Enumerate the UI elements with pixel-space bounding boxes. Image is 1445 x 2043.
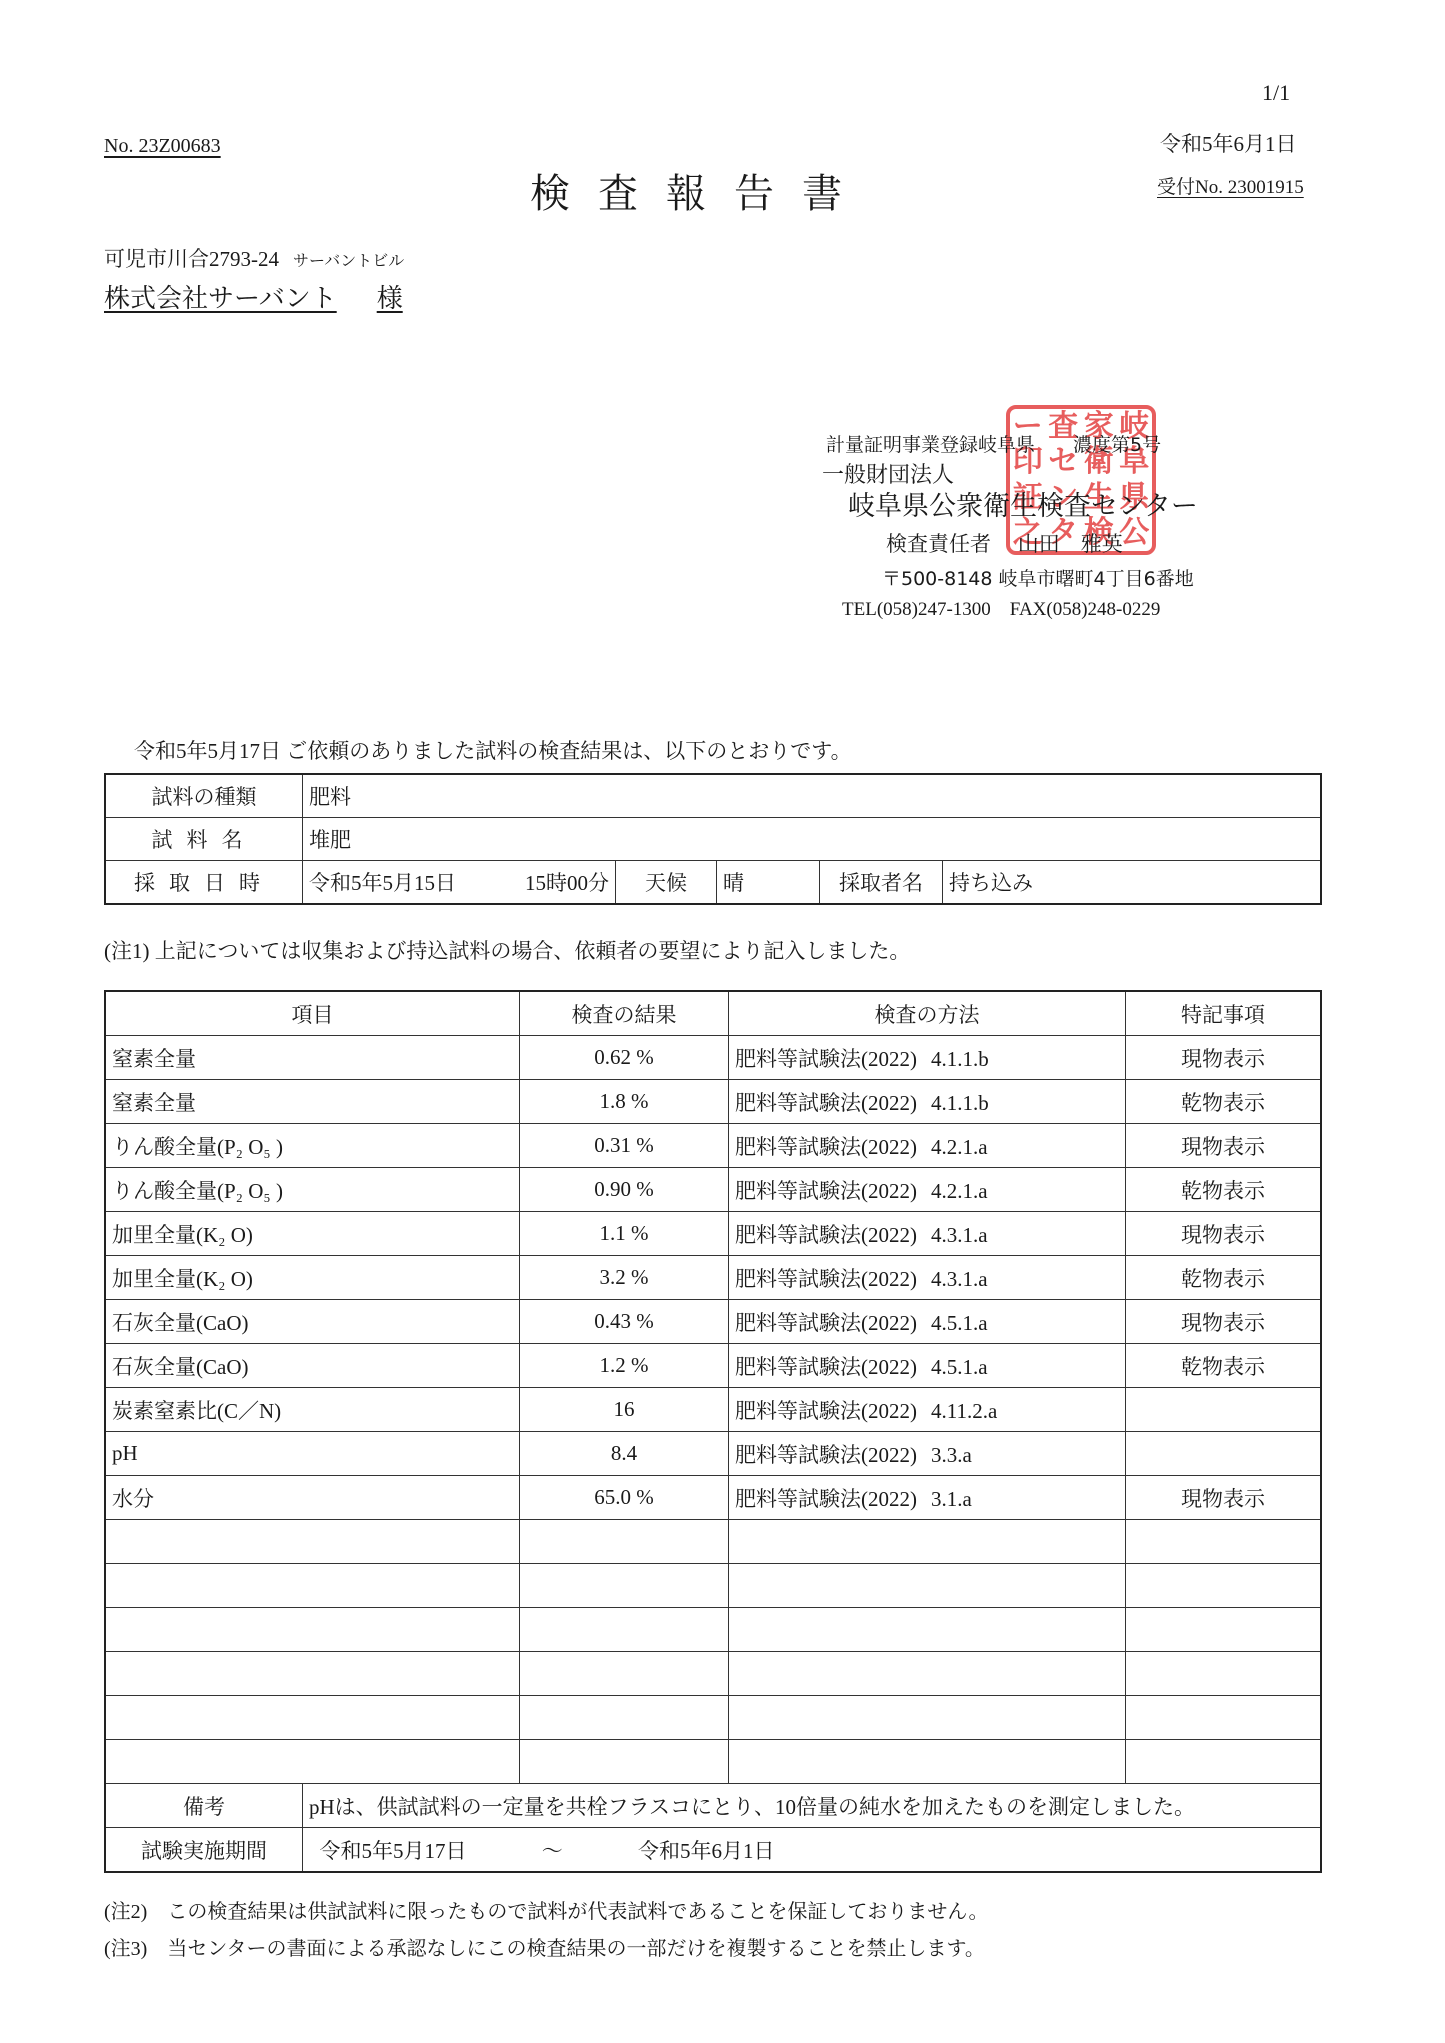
method-cell: 肥料等試験法(2022)4.2.1.a — [729, 1168, 1126, 1212]
method-cell: 肥料等試験法(2022)4.1.1.b — [729, 1080, 1126, 1124]
header-note: 特記事項 — [1126, 991, 1322, 1036]
result-cell — [520, 1564, 729, 1608]
header-method: 検査の方法 — [729, 991, 1126, 1036]
method-cell: 肥料等試験法(2022)4.5.1.a — [729, 1300, 1126, 1344]
method-code: 4.2.1.a — [931, 1179, 988, 1203]
table-row: 石灰全量(CaO)0.43 %肥料等試験法(2022)4.5.1.a現物表示 — [105, 1300, 1321, 1344]
method-cell — [729, 1520, 1126, 1564]
result-cell: 0.90 % — [520, 1168, 729, 1212]
sample-type-label: 試料の種類 — [105, 774, 303, 818]
result-cell — [520, 1608, 729, 1652]
note-cell — [1126, 1652, 1322, 1696]
note-3: (注3) 当センターの書面による承認なしにこの検査結果の一部だけを複製することを… — [104, 1932, 985, 1961]
issue-date: 令和5年6月1日 — [1160, 128, 1297, 158]
table-row — [105, 1740, 1321, 1784]
table-row — [105, 1652, 1321, 1696]
period-value: 令和5年5月17日 ～ 令和5年6月1日 — [303, 1828, 1322, 1873]
result-cell: 0.62 % — [520, 1036, 729, 1080]
results-table: 項目 検査の結果 検査の方法 特記事項 窒素全量0.62 %肥料等試験法(202… — [104, 990, 1322, 1873]
issuer-org-name: 岐阜県公衆衛生検査センター — [848, 484, 1198, 523]
method-code: 4.1.1.b — [931, 1047, 989, 1071]
item-cell — [105, 1520, 520, 1564]
note-cell: 現物表示 — [1126, 1300, 1322, 1344]
table-row: 加里全量(K₂ O)3.2 %肥料等試験法(2022)4.3.1.a乾物表示 — [105, 1256, 1321, 1300]
recipient-honorific: 様 — [377, 284, 403, 313]
recipient-company: 株式会社サーバント様 — [104, 278, 403, 315]
item-cell — [105, 1608, 520, 1652]
receipt-number: 受付No. 23001915 — [1157, 172, 1304, 199]
result-cell: 1.2 % — [520, 1344, 729, 1388]
note-cell: 現物表示 — [1126, 1212, 1322, 1256]
item-cell: りん酸全量(P₂ O₅ ) — [105, 1168, 520, 1212]
issuer-address: 〒500-8148 岐阜市曙町4丁目6番地 — [882, 564, 1194, 591]
issuer-responsible-label: 検査責任者 — [886, 532, 991, 556]
method-name: 肥料等試験法(2022) — [735, 1091, 917, 1115]
remarks-label: 備考 — [105, 1784, 303, 1828]
method-name: 肥料等試験法(2022) — [735, 1443, 917, 1467]
sample-date-row: 採取日時 令和5年5月15日 15時00分 天候 晴 採取者名 持ち込み — [105, 861, 1321, 905]
result-cell: 0.43 % — [520, 1300, 729, 1344]
result-cell: 16 — [520, 1388, 729, 1432]
note-cell — [1126, 1388, 1322, 1432]
recipient-company-name: 株式会社サーバント — [104, 284, 337, 313]
item-cell: 水分 — [105, 1476, 520, 1520]
method-code: 4.1.1.b — [931, 1091, 989, 1115]
method-cell — [729, 1652, 1126, 1696]
method-cell — [729, 1608, 1126, 1652]
note-1: (注1) 上記については収集および持込試料の場合、依頼者の要望により記入しました… — [104, 935, 910, 965]
period-label: 試験実施期間 — [105, 1828, 303, 1873]
table-row: りん酸全量(P₂ O₅ )0.90 %肥料等試験法(2022)4.2.1.a乾物… — [105, 1168, 1321, 1212]
method-cell: 肥料等試験法(2022)4.3.1.a — [729, 1256, 1126, 1300]
sample-name-row: 試料名 堆肥 — [105, 818, 1321, 861]
sample-name-value: 堆肥 — [303, 818, 1322, 861]
result-cell — [520, 1696, 729, 1740]
method-cell — [729, 1740, 1126, 1784]
method-name: 肥料等試験法(2022) — [735, 1135, 917, 1159]
method-cell — [729, 1696, 1126, 1740]
method-name: 肥料等試験法(2022) — [735, 1267, 917, 1291]
result-cell: 65.0 % — [520, 1476, 729, 1520]
item-cell: 石灰全量(CaO) — [105, 1300, 520, 1344]
table-row: 窒素全量0.62 %肥料等試験法(2022)4.1.1.b現物表示 — [105, 1036, 1321, 1080]
item-cell: 炭素窒素比(C／N) — [105, 1388, 520, 1432]
results-header-row: 項目 検査の結果 検査の方法 特記事項 — [105, 991, 1321, 1036]
table-row — [105, 1696, 1321, 1740]
item-cell: 加里全量(K₂ O) — [105, 1212, 520, 1256]
method-code: 3.3.a — [931, 1443, 972, 1467]
period-end: 令和5年6月1日 — [638, 1839, 775, 1863]
result-cell: 0.31 % — [520, 1124, 729, 1168]
note-cell: 現物表示 — [1126, 1476, 1322, 1520]
note-cell — [1126, 1432, 1322, 1476]
note-cell: 乾物表示 — [1126, 1344, 1322, 1388]
sample-info-table: 試料の種類 肥料 試料名 堆肥 採取日時 令和5年5月15日 15時00分 天候… — [104, 773, 1322, 905]
table-row: 炭素窒素比(C／N)16肥料等試験法(2022)4.11.2.a — [105, 1388, 1321, 1432]
result-cell: 8.4 — [520, 1432, 729, 1476]
item-cell — [105, 1564, 520, 1608]
issuer-responsible: 検査責任者 山田 雅英 — [886, 528, 1123, 558]
item-cell: pH — [105, 1432, 520, 1476]
table-row: りん酸全量(P₂ O₅ )0.31 %肥料等試験法(2022)4.2.1.a現物… — [105, 1124, 1321, 1168]
sample-date-value: 令和5年5月15日 15時00分 — [303, 861, 616, 905]
header-result: 検査の結果 — [520, 991, 729, 1036]
method-name: 肥料等試験法(2022) — [735, 1399, 917, 1423]
note-cell — [1126, 1520, 1322, 1564]
result-cell — [520, 1520, 729, 1564]
note-cell: 現物表示 — [1126, 1036, 1322, 1080]
period-separator: ～ — [542, 1839, 563, 1863]
table-row — [105, 1520, 1321, 1564]
weather-value: 晴 — [717, 861, 820, 905]
table-row: pH8.4肥料等試験法(2022)3.3.a — [105, 1432, 1321, 1476]
table-row: 水分65.0 %肥料等試験法(2022)3.1.a現物表示 — [105, 1476, 1321, 1520]
sample-date-label: 採取日時 — [105, 861, 303, 905]
method-cell: 肥料等試験法(2022)4.5.1.a — [729, 1344, 1126, 1388]
result-cell: 3.2 % — [520, 1256, 729, 1300]
recipient-building: サーバントビル — [293, 253, 404, 270]
remarks-row: 備考 pHは、供試試料の一定量を共栓フラスコにとり、10倍量の純水を加えたものを… — [105, 1784, 1321, 1828]
period-start: 令和5年5月17日 — [320, 1839, 467, 1863]
table-row: 窒素全量1.8 %肥料等試験法(2022)4.1.1.b乾物表示 — [105, 1080, 1321, 1124]
method-name: 肥料等試験法(2022) — [735, 1487, 917, 1511]
note-cell — [1126, 1608, 1322, 1652]
intro-text: 令和5年5月17日 ご依頼のありました試料の検査結果は、以下のとおりです。 — [134, 735, 852, 765]
method-cell — [729, 1564, 1126, 1608]
result-cell — [520, 1740, 729, 1784]
result-cell — [520, 1652, 729, 1696]
method-cell: 肥料等試験法(2022)4.3.1.a — [729, 1212, 1126, 1256]
issuer-tel-fax: TEL(058)247-1300 FAX(058)248-0229 — [842, 594, 1160, 621]
note-cell: 乾物表示 — [1126, 1080, 1322, 1124]
page-indicator: 1/1 — [1262, 80, 1290, 106]
method-name: 肥料等試験法(2022) — [735, 1047, 917, 1071]
recipient-address: 可児市川合2793-24サーバントビル — [104, 243, 404, 273]
issuer-registration: 計量証明事業登録岐阜県 濃度第5号 — [826, 430, 1161, 457]
note-cell: 現物表示 — [1126, 1124, 1322, 1168]
method-name: 肥料等試験法(2022) — [735, 1179, 917, 1203]
method-code: 3.1.a — [931, 1487, 972, 1511]
method-cell: 肥料等試験法(2022)4.1.1.b — [729, 1036, 1126, 1080]
table-row: 加里全量(K₂ O)1.1 %肥料等試験法(2022)4.3.1.a現物表示 — [105, 1212, 1321, 1256]
note-cell: 乾物表示 — [1126, 1256, 1322, 1300]
note-cell — [1126, 1740, 1322, 1784]
method-name: 肥料等試験法(2022) — [735, 1223, 917, 1247]
method-cell: 肥料等試験法(2022)4.11.2.a — [729, 1388, 1126, 1432]
method-cell: 肥料等試験法(2022)3.1.a — [729, 1476, 1126, 1520]
table-row: 石灰全量(CaO)1.2 %肥料等試験法(2022)4.5.1.a乾物表示 — [105, 1344, 1321, 1388]
period-row: 試験実施期間 令和5年5月17日 ～ 令和5年6月1日 — [105, 1828, 1321, 1873]
method-cell: 肥料等試験法(2022)3.3.a — [729, 1432, 1126, 1476]
collector-value: 持ち込み — [943, 861, 1322, 905]
page-title: 検査報告書 — [530, 162, 870, 219]
result-cell: 1.1 % — [520, 1212, 729, 1256]
header-item: 項目 — [105, 991, 520, 1036]
method-name: 肥料等試験法(2022) — [735, 1355, 917, 1379]
note-cell — [1126, 1564, 1322, 1608]
item-cell — [105, 1696, 520, 1740]
sample-type-value: 肥料 — [303, 774, 1322, 818]
item-cell: 加里全量(K₂ O) — [105, 1256, 520, 1300]
weather-label: 天候 — [616, 861, 717, 905]
note-cell: 乾物表示 — [1126, 1168, 1322, 1212]
result-cell: 1.8 % — [520, 1080, 729, 1124]
method-name: 肥料等試験法(2022) — [735, 1311, 917, 1335]
recipient-address-text: 可児市川合2793-24 — [104, 247, 279, 271]
method-code: 4.11.2.a — [931, 1399, 997, 1423]
remarks-value: pHは、供試試料の一定量を共栓フラスコにとり、10倍量の純水を加えたものを測定し… — [303, 1784, 1322, 1828]
method-cell: 肥料等試験法(2022)4.2.1.a — [729, 1124, 1126, 1168]
method-code: 4.5.1.a — [931, 1311, 988, 1335]
method-code: 4.3.1.a — [931, 1267, 988, 1291]
item-cell — [105, 1652, 520, 1696]
method-code: 4.3.1.a — [931, 1223, 988, 1247]
issuer-responsible-name: 山田 雅英 — [1018, 532, 1123, 556]
sample-type-row: 試料の種類 肥料 — [105, 774, 1321, 818]
item-cell: りん酸全量(P₂ O₅ ) — [105, 1124, 520, 1168]
table-row — [105, 1564, 1321, 1608]
sample-time: 15時00分 — [525, 867, 609, 897]
sample-date: 令和5年5月15日 — [309, 871, 456, 895]
note-cell — [1126, 1696, 1322, 1740]
method-code: 4.5.1.a — [931, 1355, 988, 1379]
note-2: (注2) この検査結果は供試試料に限ったもので試料が代表試料であることを保証して… — [104, 1895, 989, 1924]
method-code: 4.2.1.a — [931, 1135, 988, 1159]
item-cell: 窒素全量 — [105, 1036, 520, 1080]
item-cell: 石灰全量(CaO) — [105, 1344, 520, 1388]
item-cell: 窒素全量 — [105, 1080, 520, 1124]
collector-label: 採取者名 — [820, 861, 943, 905]
item-cell — [105, 1740, 520, 1784]
table-row — [105, 1608, 1321, 1652]
document-number: No. 23Z00683 — [104, 135, 221, 158]
sample-name-label: 試料名 — [105, 818, 303, 861]
